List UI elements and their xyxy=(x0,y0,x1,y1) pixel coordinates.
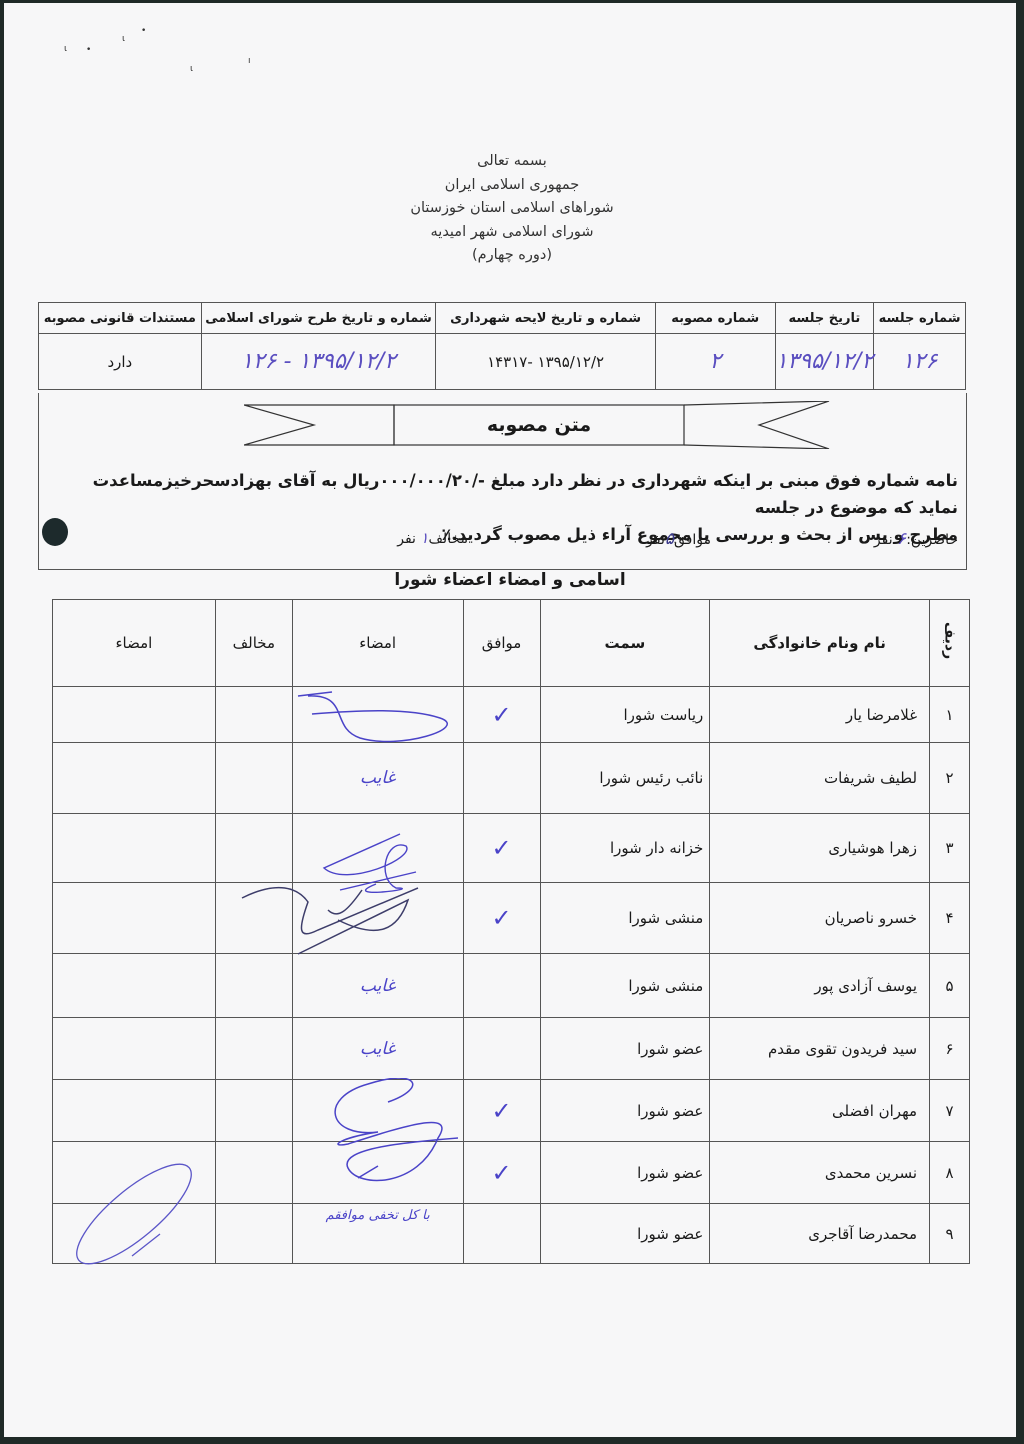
letterhead: بسمه تعالی جمهوری اسلامی ایران شوراهای ا… xyxy=(362,150,662,268)
punch-hole xyxy=(42,518,68,546)
table-row: ۱ غلامرضا یار ریاست شورا ✓ xyxy=(53,687,970,743)
agree-check: ✓ xyxy=(463,883,540,954)
present-count: ۶ xyxy=(897,529,906,549)
table-row: ۳ زهرا هوشیاری خزانه دار شورا ✓ xyxy=(53,814,970,883)
values-row: ۱۲۶ ۱۳۹۵/۱۲/۲ ۲ ۱۳۹۵/۱۲/۲ -۱۴۳۱۷ ۱۳۹۵/۱۲… xyxy=(39,334,966,390)
col-name: نام ونام خانوادگی xyxy=(710,600,930,687)
members-title: اسامی و امضاء اعضاء شورا xyxy=(380,570,640,590)
resolution-header-table: شماره جلسه تاریخ جلسه شماره مصوبه شماره … xyxy=(38,302,966,390)
members-table: ردیف نام ونام خانوادگی سمت موافق امضاء م… xyxy=(52,599,970,1264)
votes-oppose: مخالف۱ نفر xyxy=(397,529,468,547)
col-role: سمت xyxy=(540,600,710,687)
resolution-section: متن مصوبه نامه شماره فوق مبنی بر اینکه ش… xyxy=(38,393,967,570)
agree-count: ۵ xyxy=(665,529,674,549)
letterhead-province-councils: شوراهای اسلامی استان خوزستان xyxy=(362,197,662,221)
table-row: ۵ یوسف آزادی پور منشی شورا غایب xyxy=(53,954,970,1018)
letterhead-basmala: بسمه تعالی xyxy=(362,150,662,174)
absent-note: غایب xyxy=(292,954,463,1018)
col-agree-sign: امضاء xyxy=(292,600,463,687)
scan-speck: ι xyxy=(64,44,67,54)
col-oppose-sign: امضاء xyxy=(53,600,216,687)
header-row: شماره جلسه تاریخ جلسه شماره مصوبه شماره … xyxy=(39,303,966,334)
col-session-number: شماره جلسه xyxy=(874,303,966,334)
members-header-row: ردیف نام ونام خانوادگی سمت موافق امضاء م… xyxy=(53,600,970,687)
council-plan-value: ۱۳۹۵/۱۲/۲ - ۱۲۶ xyxy=(241,349,396,374)
scan-speck: • xyxy=(141,26,146,36)
scan-speck: ι xyxy=(122,34,125,44)
resolution-text-line-1: نامه شماره فوق مبنی بر اینکه شهرداری در … xyxy=(48,467,958,521)
agree-check: ✓ xyxy=(463,1142,540,1204)
table-row: ۴ خسرو ناصریان منشی شورا ✓ xyxy=(53,883,970,954)
scan-speck: • xyxy=(86,45,91,55)
col-council-plan: شماره و تاریخ طرح شورای اسلامی xyxy=(201,303,436,334)
table-row: ۷ مهران افضلی عضو شورا ✓ xyxy=(53,1080,970,1142)
resolution-banner: متن مصوبه xyxy=(244,401,834,449)
letterhead-country: جمهوری اسلامی ایران xyxy=(362,174,662,198)
agree-check: ✓ xyxy=(463,687,540,743)
table-row: ۲ لطیف شریفات نائب رئیس شورا غایب xyxy=(53,743,970,814)
resolution-title: متن مصوبه xyxy=(394,401,684,449)
col-legal-basis: مستندات قانونی مصوبه xyxy=(39,303,202,334)
col-agree: موافق xyxy=(463,600,540,687)
letterhead-city-council: شورای اسلامی شهر امیدیه xyxy=(362,221,662,245)
handwritten-note: با کل تخفی موافقم xyxy=(292,1204,463,1264)
table-row: ۶ سید فریدون تقوی مقدم عضو شورا غایب xyxy=(53,1018,970,1080)
col-municipality-bill: شماره و تاریخ لایحه شهرداری xyxy=(436,303,656,334)
table-row: ۸ نسرین محمدی عضو شورا ✓ xyxy=(53,1142,970,1204)
scan-speck: ı xyxy=(248,56,251,66)
session-date-value: ۱۳۹۵/۱۲/۲ xyxy=(776,349,874,374)
resolution-number-value: ۲ xyxy=(709,349,721,374)
col-resolution-number: شماره مصوبه xyxy=(655,303,775,334)
letterhead-term: (دوره چهارم) xyxy=(362,244,662,268)
resolution-text-line-2: مطرح و پس از بحث و بررسی با مجموع آراء ذ… xyxy=(48,521,958,548)
col-oppose: مخالف xyxy=(215,600,292,687)
legal-basis-value: دارد xyxy=(39,334,202,390)
votes-present: حاضرین:۶ نفر xyxy=(874,529,958,549)
municipality-bill-value: ۱۳۹۵/۱۲/۲ -۱۴۳۱۷ xyxy=(436,334,656,390)
col-session-date: تاریخ جلسه xyxy=(775,303,874,334)
agree-check: ✓ xyxy=(463,814,540,883)
absent-note: غایب xyxy=(292,743,463,814)
table-row: ۹ محمدرضا آقاجری عضو شورا با کل تخفی موا… xyxy=(53,1204,970,1264)
votes-agree: موافق۵نفر xyxy=(646,529,711,549)
agree-check: ✓ xyxy=(463,1080,540,1142)
col-index: ردیف xyxy=(942,622,958,659)
scan-speck: ι xyxy=(190,64,193,74)
resolution-text: نامه شماره فوق مبنی بر اینکه شهرداری در … xyxy=(48,467,958,548)
absent-note: غایب xyxy=(292,1018,463,1080)
session-number-value: ۱۲۶ xyxy=(902,349,937,374)
